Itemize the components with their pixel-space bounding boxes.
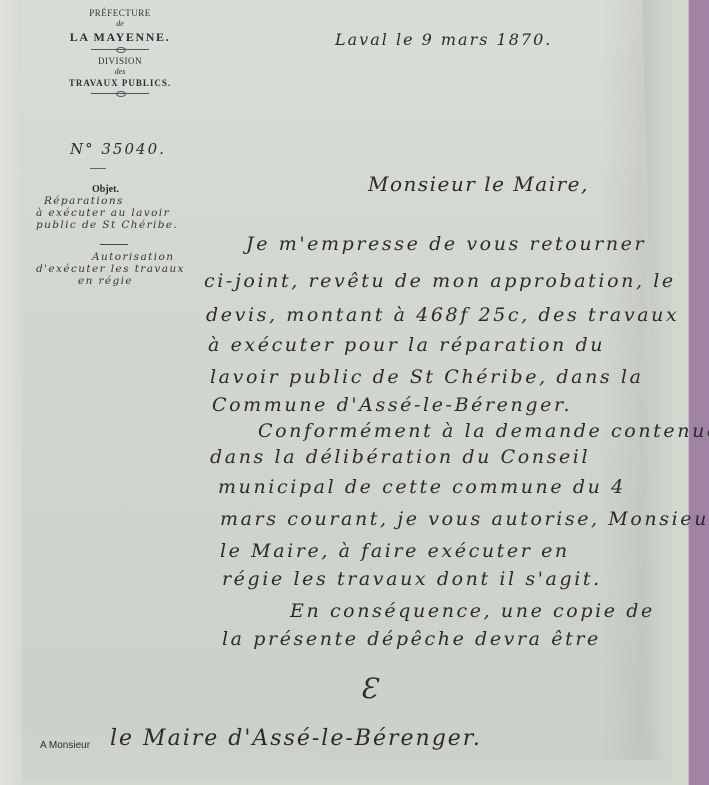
letterhead-de: de: [40, 19, 200, 29]
body-line: mars courant, je vous autorise, Monsieur: [220, 508, 709, 530]
letterhead-department: LA MAYENNE.: [40, 29, 200, 45]
date-line: Laval le 9 mars 1870.: [335, 30, 552, 49]
reference-number: N° 35040.: [70, 140, 166, 158]
body-line: à exécuter pour la réparation du: [208, 334, 605, 356]
body-line: la présente dépêche devra être: [222, 628, 601, 650]
authorization-line-1: Autorisation: [92, 252, 174, 263]
body-line: lavoir public de St Chéribe, dans la: [210, 366, 644, 388]
body-line: Conformément à la demande contenue: [258, 420, 709, 442]
body-line: le Maire, à faire exécuter en: [220, 540, 570, 562]
letterhead-prefecture: PRÉFECTURE: [40, 8, 200, 19]
paper-edge: [0, 0, 22, 785]
divider: [100, 244, 128, 245]
letterhead: PRÉFECTURE de LA MAYENNE. DIVISION des T…: [40, 8, 200, 100]
body-line: devis, montant à 468f 25c, des travaux: [206, 304, 679, 326]
letterhead-des: des: [40, 67, 200, 77]
letterhead-ornament: [91, 49, 149, 50]
objet-line-2: à exécuter au lavoir: [36, 208, 170, 219]
authorization-line-2: d'exécuter les travaux: [36, 264, 185, 275]
letterhead-ornament-2: [91, 93, 149, 94]
body-line: ci-joint, revêtu de mon approbation, le: [204, 270, 676, 292]
body-line: En conséquence, une copie de: [290, 600, 655, 622]
body-line: municipal de cette commune du 4: [218, 476, 626, 498]
divider: [90, 168, 106, 169]
salutation: Monsieur le Maire,: [368, 172, 589, 196]
letterhead-service: TRAVAUX PUBLICS.: [40, 77, 200, 89]
objet-line-3: public de St Chéribe.: [36, 220, 178, 231]
body-line: Je m'empresse de vous retourner: [246, 233, 646, 255]
body-line: dans la délibération du Conseil: [210, 446, 590, 468]
addressee-handwritten: le Maire d'Assé-le-Bérenger.: [110, 726, 482, 751]
objet-line-1: Réparations: [44, 196, 124, 207]
authorization-line-3: en régie: [78, 276, 133, 287]
body-line: Commune d'Assé-le-Bérenger.: [212, 394, 572, 416]
letterhead-division: DIVISION: [40, 56, 200, 67]
page-flourish: Ɛ: [360, 672, 377, 705]
body-line: régie les travaux dont il s'agit.: [222, 568, 602, 590]
objet-label: Objet.: [92, 184, 119, 195]
addressee-printed-label: A Monsieur: [40, 740, 90, 751]
